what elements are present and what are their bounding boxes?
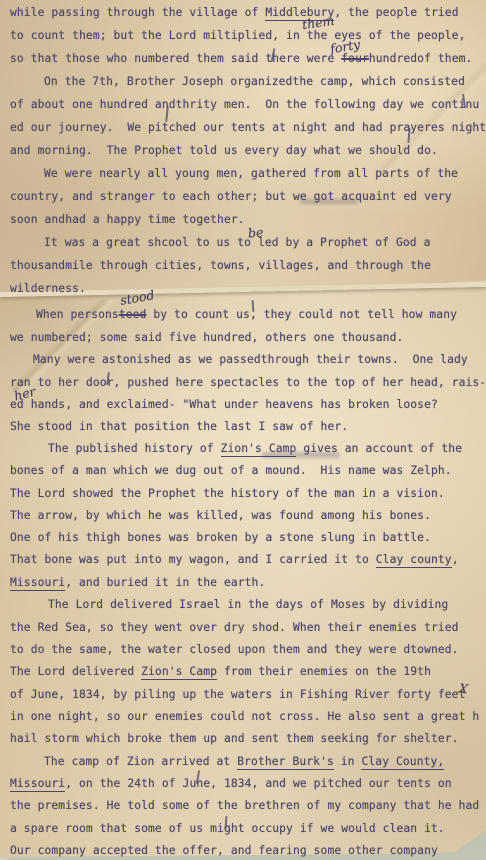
typewritten-line: hail storm which broke them up and sent … <box>10 732 459 745</box>
typewritten-line: Many were astonished as we passedthrough… <box>33 353 468 366</box>
text-run: while passing through the village of <box>10 6 265 19</box>
typewritten-line: The arrow, by which he was killed, was f… <box>10 509 431 522</box>
typewritten-line: On the 7th, Brother Joseph organizedthe … <box>44 75 465 88</box>
underlined-text: Clay County, <box>361 755 444 770</box>
text-run: soon andhad a happy time together. <box>10 213 245 226</box>
typewritten-line: We were nearly all young men, gathered f… <box>44 167 458 180</box>
text-run: , <box>452 553 459 566</box>
text-run: The camp of Zion arrived at <box>44 755 237 768</box>
text-run: a spare room that some of us might occup… <box>10 822 445 835</box>
text-run: When persons <box>36 308 119 321</box>
text-run: hundredof them. <box>369 52 473 65</box>
text-run: thousandmile through cities, towns, vill… <box>10 259 431 272</box>
text-run: from their enemies on the 19th <box>217 665 431 678</box>
typewritten-line: to count them; but the Lord miltiplied, … <box>10 29 466 42</box>
text-run: wilderness. <box>10 282 86 295</box>
text-run: The Lord showed the Prophet the history … <box>10 487 445 500</box>
underlined-text: Missouri <box>10 777 65 792</box>
typewritten-line: The Lord showed the Prophet the history … <box>10 487 445 500</box>
text-run: the premises. He told some of the brethr… <box>10 799 479 812</box>
typewritten-line: The Lord delivered Zion's Camp from thei… <box>10 665 431 678</box>
text-run: That bone was put into my wagon, and I c… <box>10 553 376 566</box>
typewritten-line: and morning. The Prophet told us every d… <box>10 144 438 157</box>
typewritten-line: while passing through the village of Mid… <box>10 6 459 19</box>
text-run: to do the same, the water closed upon th… <box>10 643 459 656</box>
text-run: The Lord delivered Israel in the days of… <box>48 598 448 611</box>
typewritten-line: of about one hundred andthrity men. On t… <box>10 98 479 111</box>
text-run: On the 7th, Brother Joseph organizedthe … <box>44 75 465 88</box>
text-run: Our company accepted the offer, and fear… <box>10 844 438 857</box>
text-run: and morning. The Prophet told us every d… <box>10 144 438 157</box>
text-run: to count them; but the Lord miltiplied, … <box>10 29 466 42</box>
text-run: We were nearly all young men, gathered f… <box>44 167 458 180</box>
typewritten-line: The Lord delivered Israel in the days of… <box>48 598 448 611</box>
typewritten-line: Missouri, on the 24th of June, 1834, and… <box>10 777 452 790</box>
typewritten-line: Our company accepted the offer, and fear… <box>10 844 438 857</box>
text-run: bones of a man which we dug out of a mou… <box>10 464 452 477</box>
text-run: hail storm which broke them up and sent … <box>10 732 459 745</box>
text-run: The arrow, by which he was killed, was f… <box>10 509 431 522</box>
typewritten-line: a spare room that some of us might occup… <box>10 822 445 835</box>
text-run: ran to her door, pushed here spectacles … <box>10 376 486 389</box>
text-run: ed our journey. We pitched our tents at … <box>10 121 486 134</box>
typewritten-line: we numbered; some said five hundred, oth… <box>10 331 403 344</box>
text-run: so that those who numbered them said the… <box>10 52 341 65</box>
typewritten-line: country, and stranger to each other; but… <box>10 190 452 203</box>
text-run: in <box>334 755 362 768</box>
typewritten-line: That bone was put into my wagon, and I c… <box>10 553 459 566</box>
typewritten-line: It was a great shcool to us to led by a … <box>44 236 430 249</box>
ink-smudge <box>300 199 358 204</box>
text-run: the Red Sea, so they went over dry shod.… <box>10 621 459 634</box>
typewritten-line: ran to her door, pushed here spectacles … <box>10 376 486 389</box>
typewritten-line: to do the same, the water closed upon th… <box>10 643 459 656</box>
typewritten-line: The camp of Zion arrived at Brother Burk… <box>44 755 444 768</box>
typewritten-line: in one night, so our enemies could not c… <box>10 710 479 723</box>
underlined-text: Clay county <box>376 553 452 568</box>
text-run: , the people tried <box>334 6 458 19</box>
underlined-text: Missouri <box>10 576 65 591</box>
text-run: Many were astonished as we passedthrough… <box>33 353 468 366</box>
text-run: ed hands, and exclaimed- "What under hea… <box>10 398 438 411</box>
text-run: The Lord delivered <box>10 665 141 678</box>
text-run: of about one hundred andthrity men. On t… <box>10 98 479 111</box>
struck-through-text: teed <box>119 308 147 321</box>
typewritten-line: the Red Sea, so they went over dry shod.… <box>10 621 459 634</box>
typewritten-line: of June, 1834, by piling up the waters i… <box>10 688 466 701</box>
text-run: of June, 1834, by piling up the waters i… <box>10 688 466 701</box>
text-run: One of his thigh bones was broken by a s… <box>10 531 431 544</box>
text-run: in one night, so our enemies could not c… <box>10 710 479 723</box>
typewritten-line: thousandmile through cities, towns, vill… <box>10 259 431 272</box>
ink-smudge <box>262 452 340 458</box>
typewritten-line: One of his thigh bones was broken by a s… <box>10 531 431 544</box>
text-run: It was a great shcool to us to led by a … <box>44 236 430 249</box>
typewritten-line: When personsteed by to count us, they co… <box>36 308 457 321</box>
text-run: The published history of <box>48 442 221 455</box>
scanned-document: while passing through the village of Mid… <box>0 0 486 860</box>
typewritten-line: ed our journey. We pitched our tents at … <box>10 121 486 134</box>
underlined-text: Brother Burk's <box>237 755 334 770</box>
typewritten-line: so that those who numbered them said the… <box>10 52 472 65</box>
typewritten-line: wilderness. <box>10 282 86 295</box>
typewritten-line: the premises. He told some of the brethr… <box>10 799 479 812</box>
underlined-text: Zion's Camp <box>141 665 217 680</box>
text-run: by to count us, they could not tell how … <box>146 308 457 321</box>
typewritten-line: soon andhad a happy time together. <box>10 213 245 226</box>
text-run: country, and stranger to each other; but… <box>10 190 452 203</box>
typewritten-line: The published history of Zion's Camp giv… <box>48 442 462 455</box>
text-run: we numbered; some said five hundred, oth… <box>10 331 403 344</box>
typewritten-line: bones of a man which we dug out of a mou… <box>10 464 452 477</box>
typewritten-line: She stood in that position the last I sa… <box>10 420 348 433</box>
text-run: , on the 24th of June, 1834, and we pitc… <box>65 777 451 790</box>
typewritten-line: Missouri, and buried it in the earth. <box>10 576 265 589</box>
text-run: , and buried it in the earth. <box>65 576 265 589</box>
typewritten-line: ed hands, and exclaimed- "What under hea… <box>10 398 438 411</box>
handwritten-annotation: be <box>247 224 264 240</box>
text-run: She stood in that position the last I sa… <box>10 420 348 433</box>
